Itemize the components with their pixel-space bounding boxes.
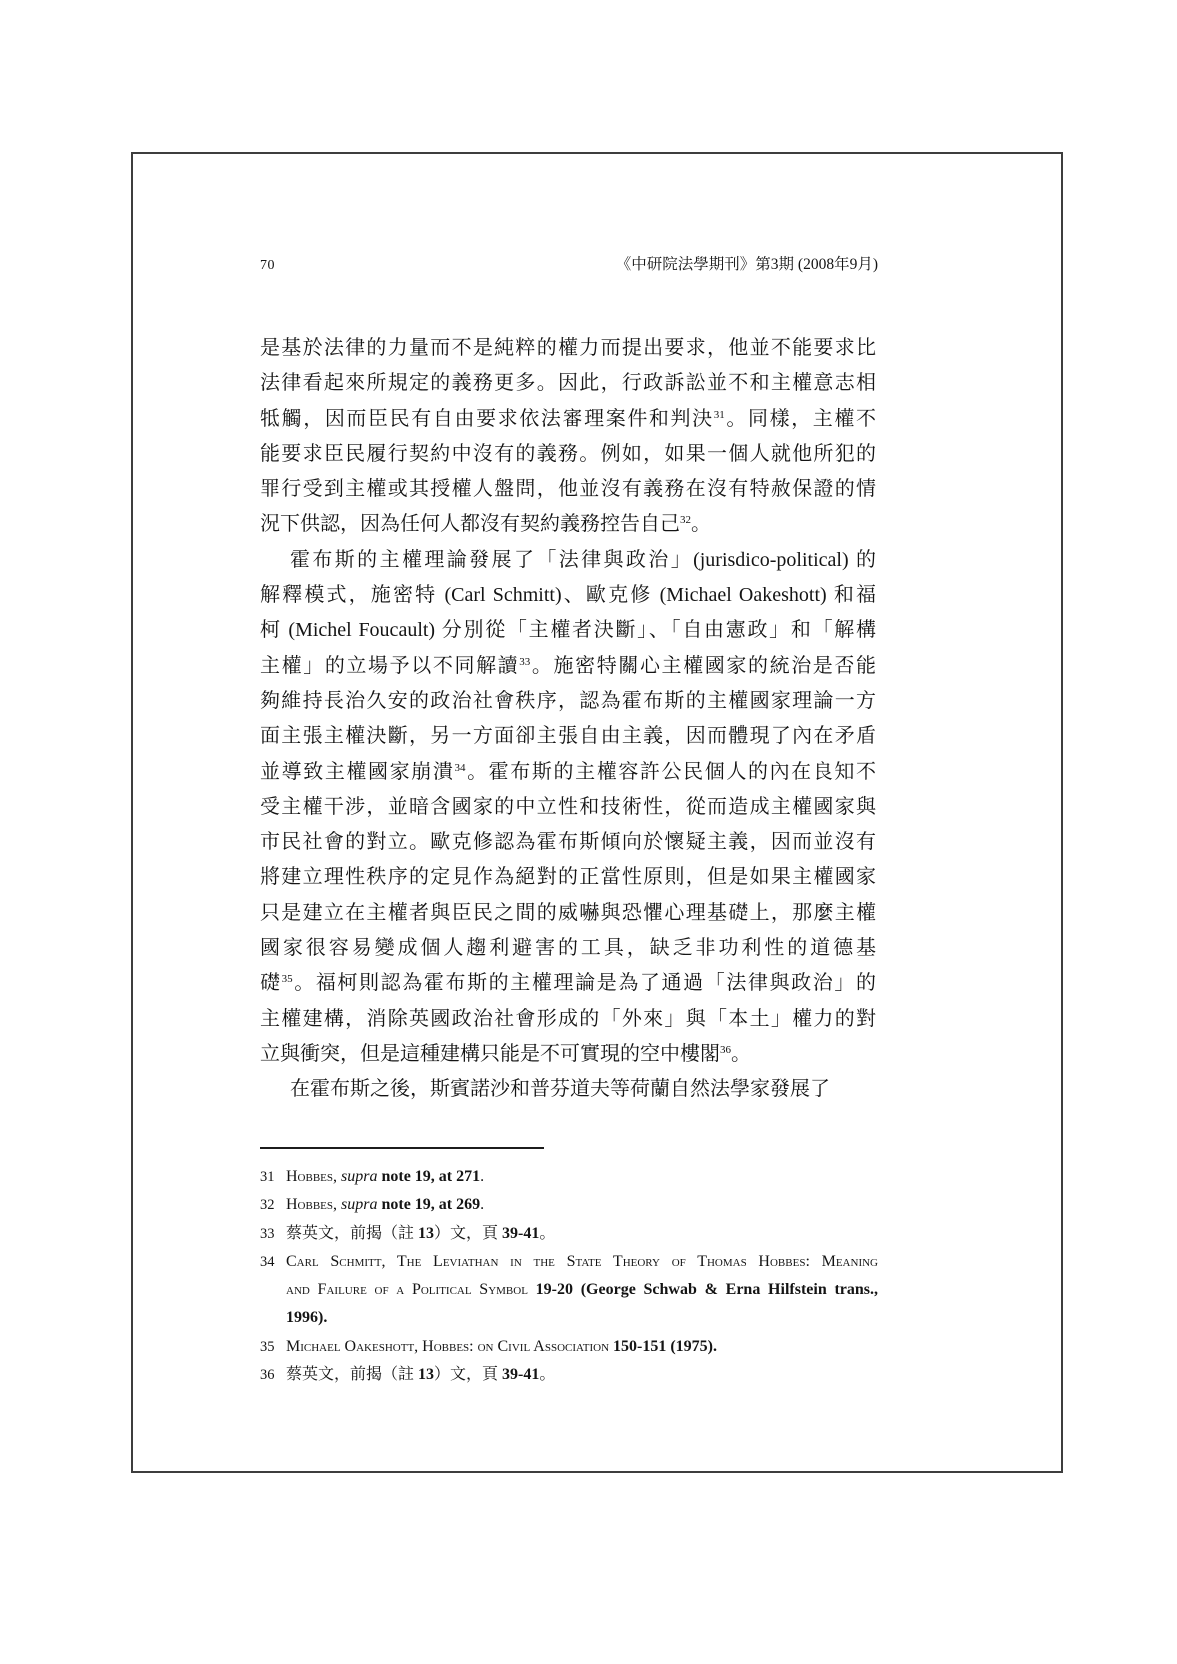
body-line: 況下供認，因為任何人都沒有契約義務控告自己32。 [260, 507, 876, 542]
footnote-text-segment: 39-41 [502, 1366, 539, 1383]
page-frame: 70 《中研院法學期刊》第3期 (2008年9月) 是基於法律的力量而不是純粹的… [131, 152, 1063, 1473]
body-line: 在霍布斯之後，斯賓諾沙和普芬道夫等荷蘭自然法學家發展了 [260, 1072, 876, 1107]
footnote-text-segment: ）文，頁 [434, 1225, 502, 1242]
footnote-ref: 35 [282, 973, 293, 985]
footnote-text-segment: Carl Schmitt, The Leviathan in the State… [286, 1253, 878, 1270]
footnote-separator [260, 1147, 544, 1149]
footnote-text-segment: 蔡英文，前揭（註 [286, 1225, 418, 1242]
body-line: 礎35。福柯則認為霍布斯的主權理論是為了通過「法律與政治」的 [260, 966, 876, 1001]
footnote-line: 1996). [260, 1304, 878, 1332]
footnote-text-segment: ）文，頁 [434, 1366, 502, 1383]
body-line: 主權」的立場予以不同解讀33。施密特關心主權國家的統治是否能 [260, 649, 876, 684]
footnote-ref: 33 [519, 656, 530, 668]
footnote-text-segment: 19-20 (George Schwab & Erna Hilfstein tr… [528, 1281, 878, 1298]
footnote-text-segment: 1996). [286, 1309, 327, 1326]
body-text: 是基於法律的力量而不是純粹的權力而提出要求，他並不能要求比法律看起來所規定的義務… [260, 331, 876, 1108]
footnote-ref: 32 [680, 514, 691, 526]
body-line: 能要求臣民履行契約中沒有的義務。例如，如果一個人就他所犯的 [260, 437, 876, 472]
document-canvas: 70 《中研院法學期刊》第3期 (2008年9月) 是基於法律的力量而不是純粹的… [0, 0, 1177, 1664]
footnote-text-segment: 。 [539, 1366, 555, 1383]
running-header: 70 《中研院法學期刊》第3期 (2008年9月) [260, 252, 878, 274]
footnote-line: 32Hobbes, supra note 19, at 269. [260, 1191, 878, 1219]
footnote-text-segment: note 19, at 271 [377, 1168, 480, 1185]
page-number: 70 [260, 258, 275, 274]
footnote-text-segment: 。 [539, 1225, 555, 1242]
body-line: 牴觸，因而臣民有自由要求依法審理案件和判決31。同樣，主權不 [260, 402, 876, 437]
footnote-text-segment: supra [341, 1168, 377, 1185]
body-line: 立與衝突，但是這種建構只能是不可實現的空中樓閣36。 [260, 1037, 876, 1072]
footnote-text-segment: , [333, 1196, 341, 1213]
footnote-ref: 36 [720, 1044, 731, 1056]
footnote-line: 36蔡英文，前揭（註 13）文，頁 39-41。 [260, 1361, 878, 1389]
body-line: 將建立理性秩序的定見作為絕對的正當性原則，但是如果主權國家 [260, 860, 876, 895]
body-line: 霍布斯的主權理論發展了「法律與政治」(jurisdico-political) … [260, 543, 876, 578]
journal-title: 《中研院法學期刊》第3期 (2008年9月) [616, 252, 878, 274]
footnote-ref: 34 [454, 762, 465, 774]
footnote-number: 33 [260, 1220, 275, 1248]
body-line: 並導致主權國家崩潰34。霍布斯的主權容許公民個人的內在良知不 [260, 755, 876, 790]
footnote-text-segment: 13 [418, 1366, 434, 1383]
body-line: 解釋模式，施密特 (Carl Schmitt)、歐克修 (Michael Oak… [260, 578, 876, 613]
footnote-text-segment: note 19, at 269 [377, 1196, 480, 1213]
footnote-text-segment: . [480, 1168, 484, 1185]
footnote-line: 31Hobbes, supra note 19, at 271. [260, 1163, 878, 1191]
footnote-text-segment: 蔡英文，前揭（註 [286, 1366, 418, 1383]
body-line: 只是建立在主權者與臣民之間的威嚇與恐懼心理基礎上，那麼主權 [260, 896, 876, 931]
body-line: 面主張主權決斷，另一方面卻主張自由主義，因而體現了內在矛盾 [260, 719, 876, 754]
footnote-number: 31 [260, 1163, 275, 1191]
body-line: 國家很容易變成個人趨利避害的工具，缺乏非功利性的道德基 [260, 931, 876, 966]
footnote-number: 36 [260, 1361, 275, 1389]
body-line: 法律看起來所規定的義務更多。因此，行政訴訟並不和主權意志相 [260, 366, 876, 401]
body-line: 夠維持長治久安的政治社會秩序，認為霍布斯的主權國家理論一方 [260, 684, 876, 719]
footnote-line: 34Carl Schmitt, The Leviathan in the Sta… [260, 1248, 878, 1276]
footnotes: 31Hobbes, supra note 19, at 271.32Hobbes… [260, 1163, 878, 1389]
body-line: 罪行受到主權或其授權人盤問，他並沒有義務在沒有特赦保證的情 [260, 472, 876, 507]
body-line: 主權建構，消除英國政治社會形成的「外來」與「本土」權力的對 [260, 1002, 876, 1037]
footnote-text-segment: supra [341, 1196, 377, 1213]
footnote-line: and Failure of a Political Symbol 19-20 … [260, 1276, 878, 1304]
body-line: 是基於法律的力量而不是純粹的權力而提出要求，他並不能要求比 [260, 331, 876, 366]
footnote-text-segment: Hobbes [286, 1168, 333, 1185]
footnote-text-segment: . [480, 1196, 484, 1213]
footnote-text-segment: 150-151 (1975). [609, 1338, 717, 1355]
footnote-line: 33蔡英文，前揭（註 13）文，頁 39-41。 [260, 1220, 878, 1248]
footnote-number: 34 [260, 1248, 275, 1276]
footnote-text-segment: Hobbes [286, 1196, 333, 1213]
footnote-number: 35 [260, 1333, 275, 1361]
footnote-number: 32 [260, 1191, 275, 1219]
footnote-text-segment: 39-41 [502, 1225, 539, 1242]
footnote-text-segment: Michael Oakeshott, Hobbes: on Civil Asso… [286, 1338, 609, 1355]
footnote-text-segment: and Failure of a Political Symbol [286, 1281, 528, 1298]
footnote-text-segment: , [333, 1168, 341, 1185]
body-line: 市民社會的對立。歐克修認為霍布斯傾向於懷疑主義，因而並沒有 [260, 825, 876, 860]
body-line: 受主權干涉，並暗含國家的中立性和技術性，從而造成主權國家與 [260, 790, 876, 825]
footnote-line: 35Michael Oakeshott, Hobbes: on Civil As… [260, 1333, 878, 1361]
footnote-text-segment: 13 [418, 1225, 434, 1242]
footnote-ref: 31 [714, 409, 725, 421]
body-line: 柯 (Michel Foucault) 分別從「主權者決斷」、「自由憲政」和「解… [260, 613, 876, 648]
